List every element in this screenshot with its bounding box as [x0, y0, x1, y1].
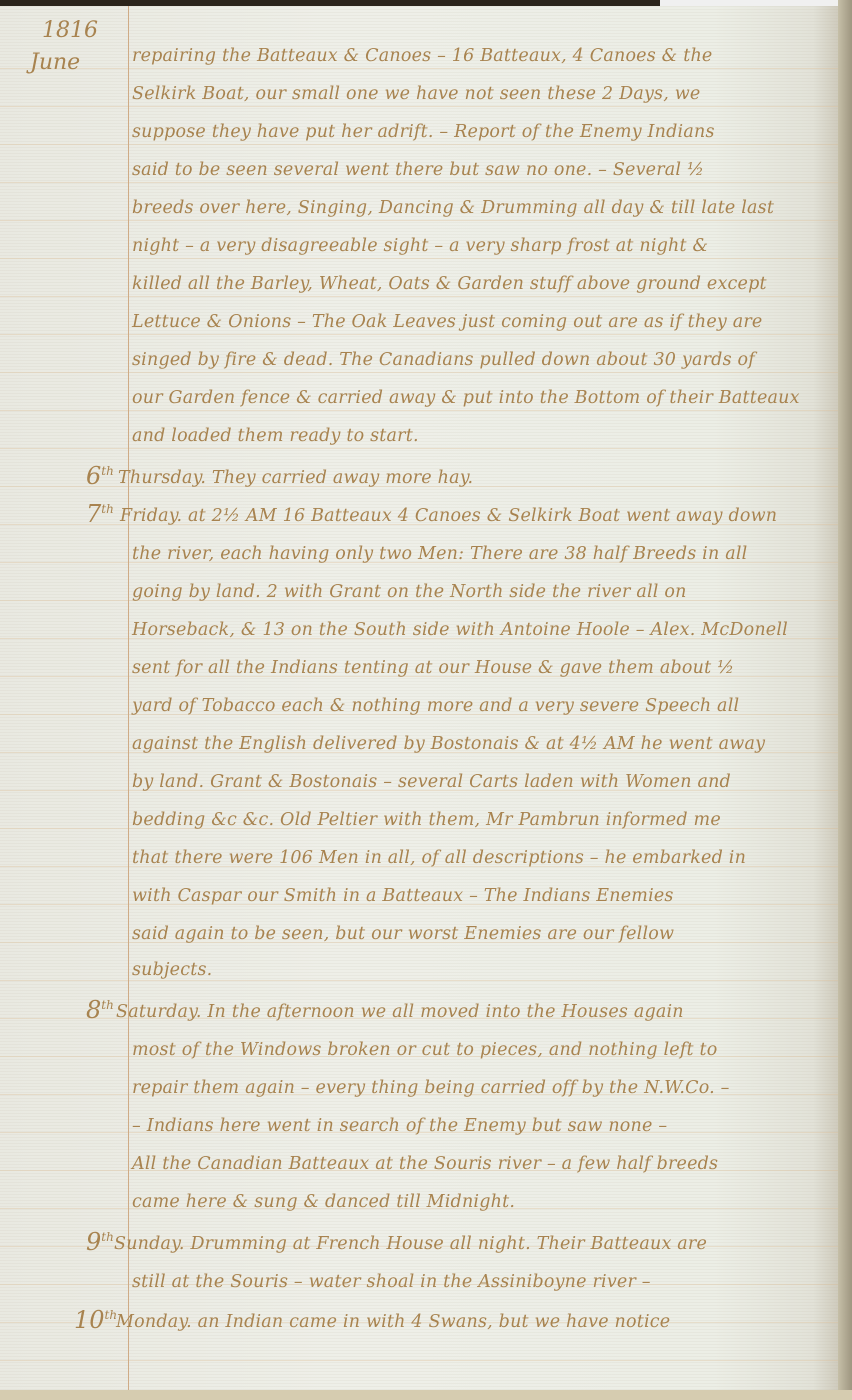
- journal-line: against the English delivered by Bostona…: [132, 734, 832, 754]
- journal-line: the river, each having only two Men: The…: [132, 544, 832, 564]
- journal-line: Lettuce & Onions – The Oak Leaves just c…: [132, 312, 832, 332]
- journal-line: came here & sung & danced till Midnight.: [132, 1192, 832, 1212]
- journal-line: night – a very disagreeable sight – a ve…: [132, 236, 832, 256]
- ruled-line: [0, 106, 838, 107]
- date-suffix: th: [101, 998, 114, 1012]
- page-bottom-edge: [0, 1390, 852, 1400]
- book-spine-edge: [838, 0, 852, 1400]
- journal-line: killed all the Barley, Wheat, Oats & Gar…: [132, 274, 832, 294]
- date-marker: 6th: [86, 462, 114, 490]
- ruled-line: [0, 372, 838, 373]
- ruled-line: [0, 144, 838, 145]
- journal-line: with Caspar our Smith in a Batteaux – Th…: [132, 886, 832, 906]
- journal-line: Selkirk Boat, our small one we have not …: [132, 84, 832, 104]
- date-suffix: th: [105, 1308, 118, 1322]
- date-suffix: th: [101, 502, 114, 516]
- ruled-line: [0, 296, 838, 297]
- journal-line: Thursday. They carried away more hay.: [118, 468, 818, 488]
- journal-line: going by land. 2 with Grant on the North…: [132, 582, 832, 602]
- ruled-line: [0, 68, 838, 69]
- journal-line: said to be seen several went there but s…: [132, 160, 832, 180]
- journal-line: yard of Tobacco each & nothing more and …: [132, 696, 832, 716]
- date-day: 8: [86, 996, 101, 1024]
- journal-line: subjects.: [132, 960, 832, 980]
- ruled-line: [0, 220, 838, 221]
- ruled-line: [0, 410, 838, 411]
- date-day: 6: [86, 462, 101, 490]
- ruled-line: [0, 448, 838, 449]
- date-day: 9: [86, 1228, 101, 1256]
- journal-line: still at the Souris – water shoal in the…: [132, 1272, 832, 1292]
- date-marker: 7th: [86, 500, 114, 528]
- journal-line: All the Canadian Batteaux at the Souris …: [132, 1154, 832, 1174]
- journal-line: and loaded them ready to start.: [132, 426, 832, 446]
- date-suffix: th: [101, 464, 114, 478]
- journal-line: Friday. at 2½ AM 16 Batteaux 4 Canoes & …: [120, 506, 820, 526]
- date-marker: 10th: [74, 1306, 117, 1334]
- journal-line: – Indians here went in search of the Ene…: [132, 1116, 832, 1136]
- margin-year: 1816: [42, 18, 98, 43]
- journal-line: Monday. an Indian came in with 4 Swans, …: [116, 1312, 816, 1332]
- journal-line: repairing the Batteaux & Canoes – 16 Bat…: [132, 46, 832, 66]
- date-day: 10: [74, 1306, 105, 1334]
- ruled-line: [0, 980, 838, 981]
- date-suffix: th: [101, 1230, 114, 1244]
- journal-line: our Garden fence & carried away & put in…: [132, 388, 832, 408]
- journal-line: that there were 106 Men in all, of all d…: [132, 848, 832, 868]
- ruled-line: [0, 258, 838, 259]
- margin-rule: [128, 6, 129, 1392]
- journal-line: bedding &c &c. Old Peltier with them, Mr…: [132, 810, 832, 830]
- ruled-line: [0, 182, 838, 183]
- journal-line: Sunday. Drumming at French House all nig…: [114, 1234, 814, 1254]
- scanned-journal-page: 1816 June repairing the Batteaux & Canoe…: [0, 0, 852, 1400]
- journal-line: Horseback, & 13 on the South side with A…: [132, 620, 832, 640]
- journal-line: sent for all the Indians tenting at our …: [132, 658, 832, 678]
- journal-line: repair them again – every thing being ca…: [132, 1078, 832, 1098]
- journal-line: by land. Grant & Bostonais – several Car…: [132, 772, 832, 792]
- ruled-line: [0, 1360, 838, 1361]
- journal-page: 1816 June repairing the Batteaux & Canoe…: [0, 6, 838, 1394]
- ruled-line: [0, 334, 838, 335]
- journal-line: most of the Windows broken or cut to pie…: [132, 1040, 832, 1060]
- margin-month: June: [30, 50, 80, 75]
- journal-line: breeds over here, Singing, Dancing & Dru…: [132, 198, 832, 218]
- journal-line: singed by fire & dead. The Canadians pul…: [132, 350, 832, 370]
- journal-line: Saturday. In the afternoon we all moved …: [116, 1002, 816, 1022]
- journal-line: said again to be seen, but our worst Ene…: [132, 924, 832, 944]
- date-day: 7: [86, 500, 101, 528]
- journal-line: suppose they have put her adrift. – Repo…: [132, 122, 832, 142]
- date-marker: 9th: [86, 1228, 114, 1256]
- date-marker: 8th: [86, 996, 114, 1024]
